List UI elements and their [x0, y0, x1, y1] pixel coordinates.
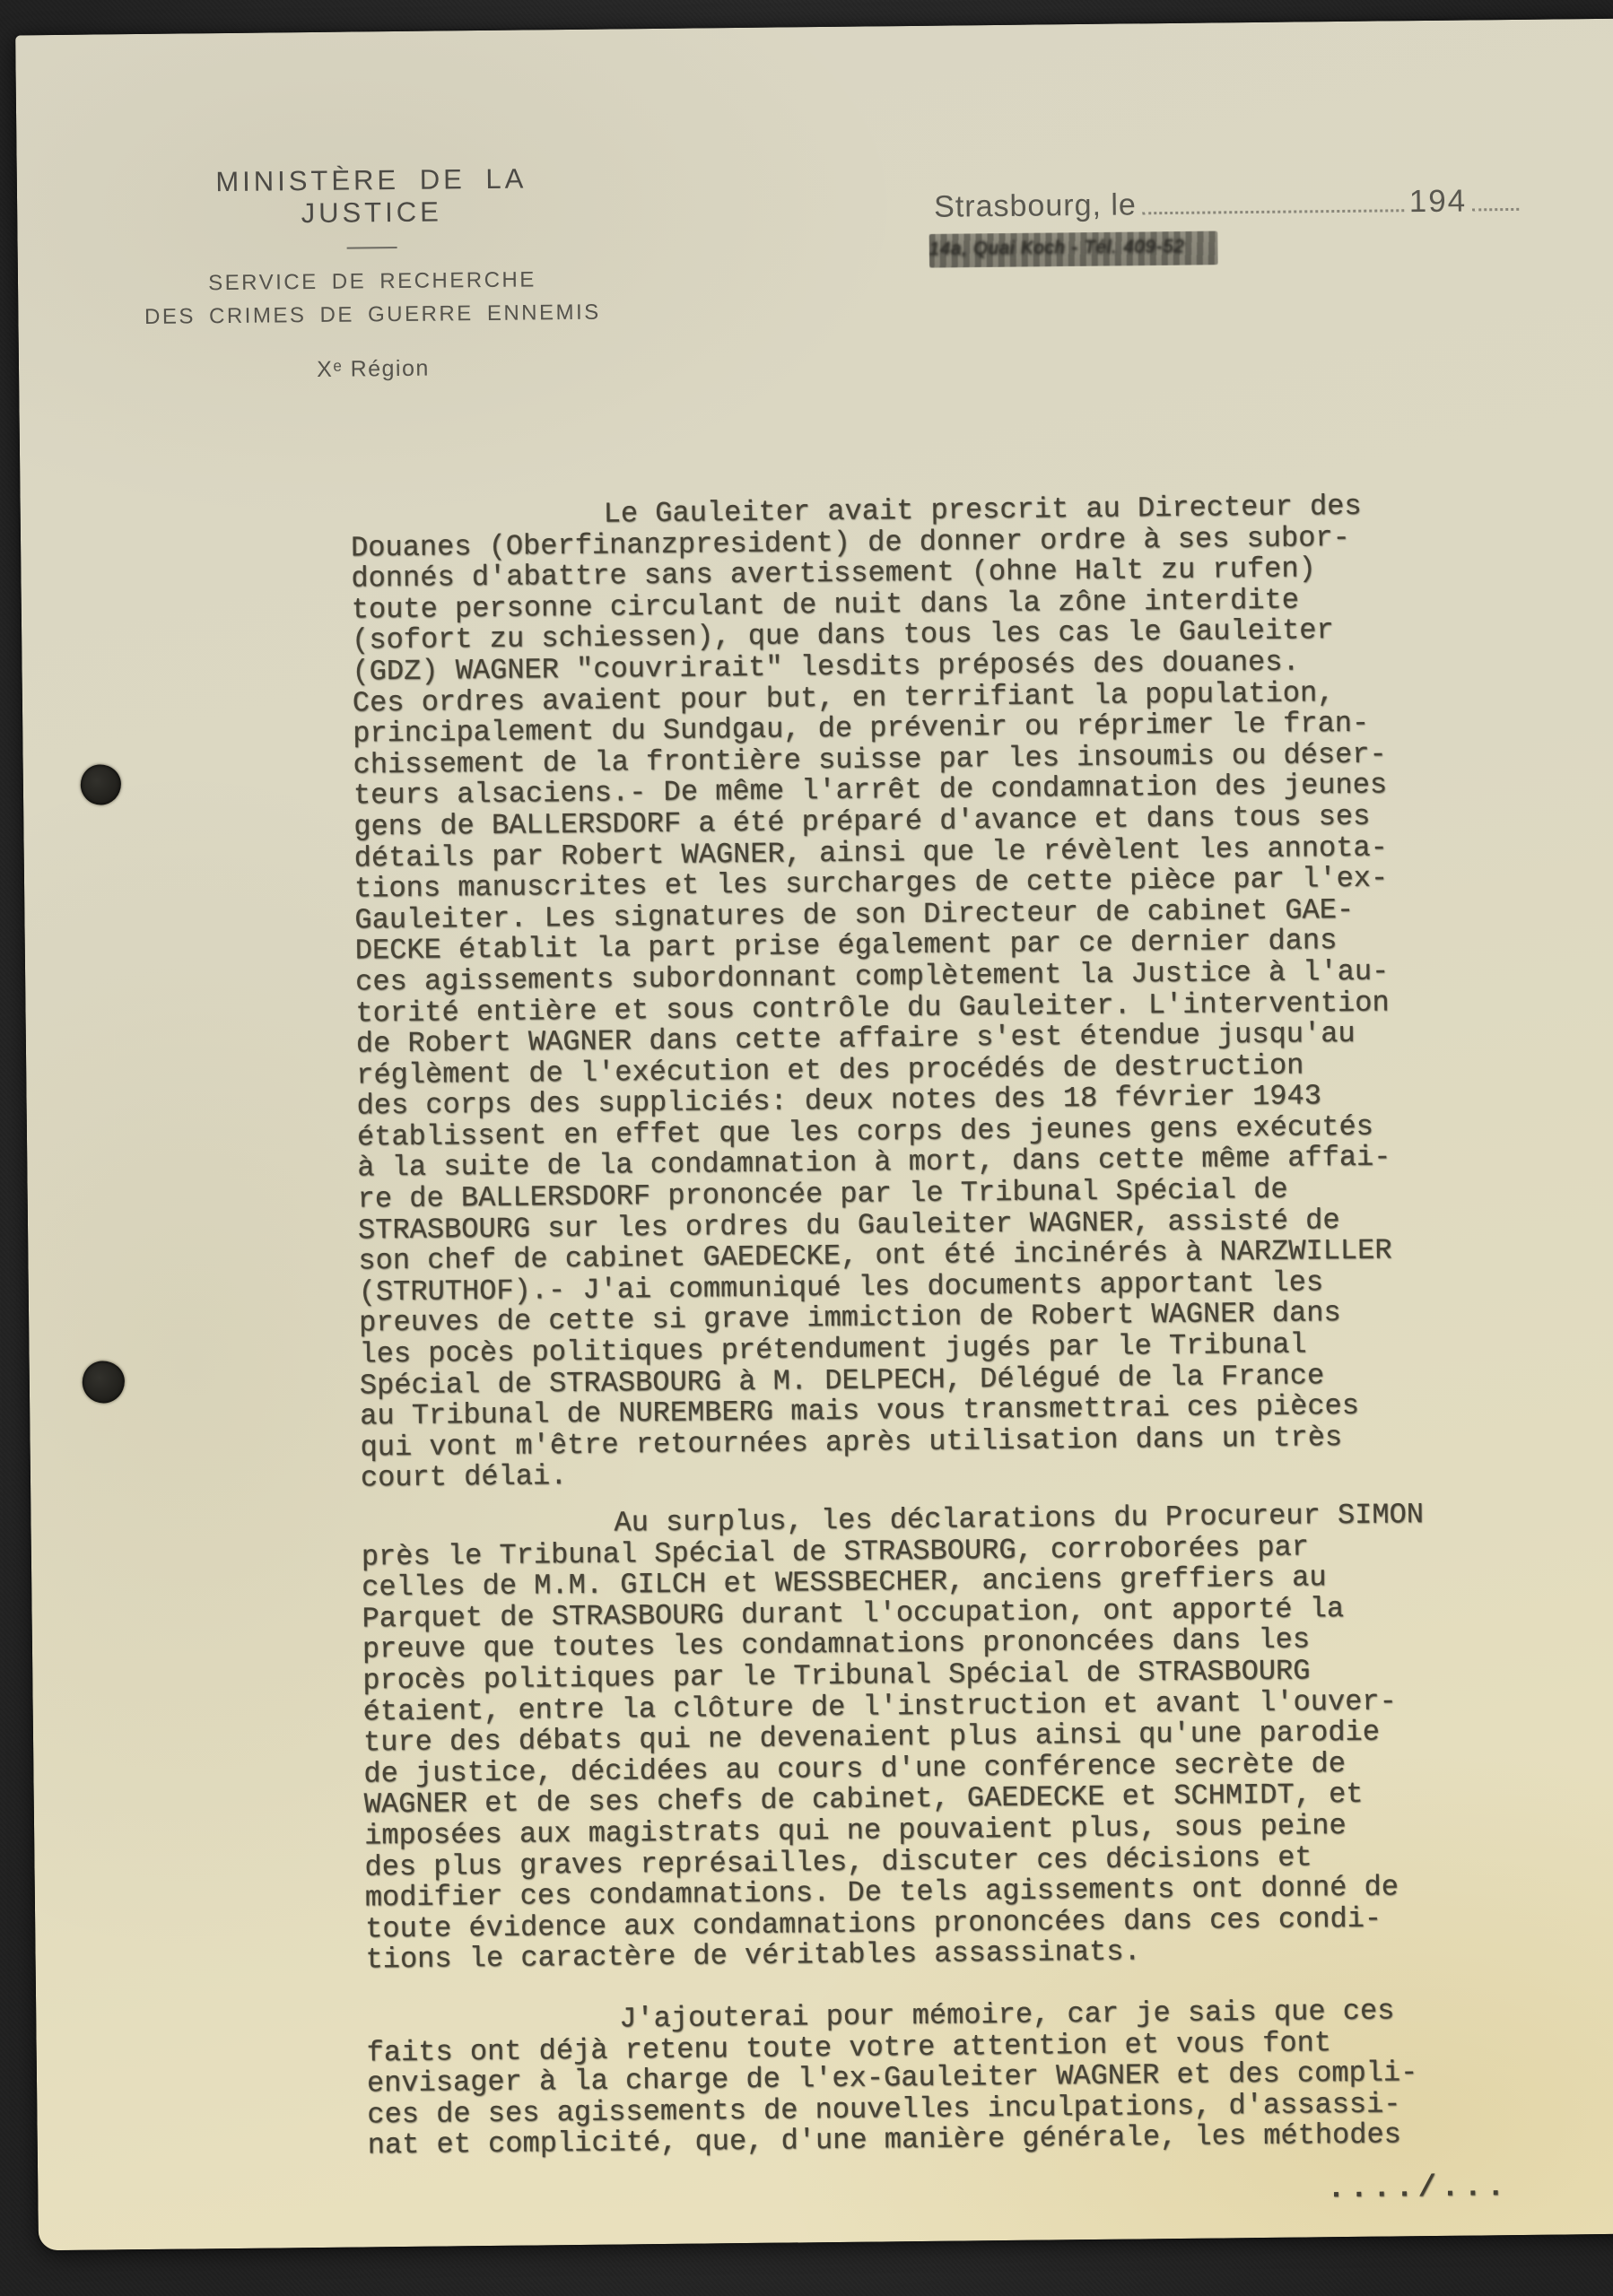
dateline-dotted-tail	[1472, 185, 1519, 212]
service-line-2: DES CRIMES DE GUERRE ENNEMIS	[144, 296, 601, 334]
struck-address-stamp: 14a, Quai Koch - Tél. 409-52	[929, 230, 1217, 267]
paragraph: Le Gauleiter avait prescrit au Directeur…	[351, 491, 1460, 1495]
service-line-1: SERVICE DE RECHERCHE	[144, 263, 601, 300]
ministry-title: MINISTÈRE DE LA JUSTICE	[143, 162, 601, 231]
document-page: MINISTÈRE DE LA JUSTICE SERVICE DE RECHE…	[15, 19, 1613, 2251]
dateline: Strasbourg, le 194	[934, 183, 1519, 225]
letterhead-divider	[347, 247, 397, 249]
dateline-dotted-leader	[1142, 186, 1404, 214]
paragraph: J'ajouterai pour mémoire, car je sais qu…	[366, 1996, 1467, 2162]
continuation-mark: ..../...	[1294, 2170, 1509, 2207]
dateline-place: Strasbourg, le	[934, 187, 1137, 224]
hole-punch-bottom	[83, 1361, 125, 1403]
letterhead: MINISTÈRE DE LA JUSTICE SERVICE DE RECHE…	[143, 162, 603, 385]
paragraph: Au surplus, les déclarations du Procureu…	[361, 1500, 1464, 1977]
hole-punch-top	[81, 764, 121, 804]
dateline-year-prefix: 194	[1409, 184, 1468, 221]
struck-address-text: 14a, Quai Koch - Tél. 409-52	[929, 230, 1217, 259]
typewritten-body: Le Gauleiter avait prescrit au Directeur…	[351, 491, 1467, 2162]
region-label: Xᵉ Région	[144, 354, 602, 385]
photo-background: { "page": { "background_color": "#2c2c2c…	[0, 0, 1613, 2296]
